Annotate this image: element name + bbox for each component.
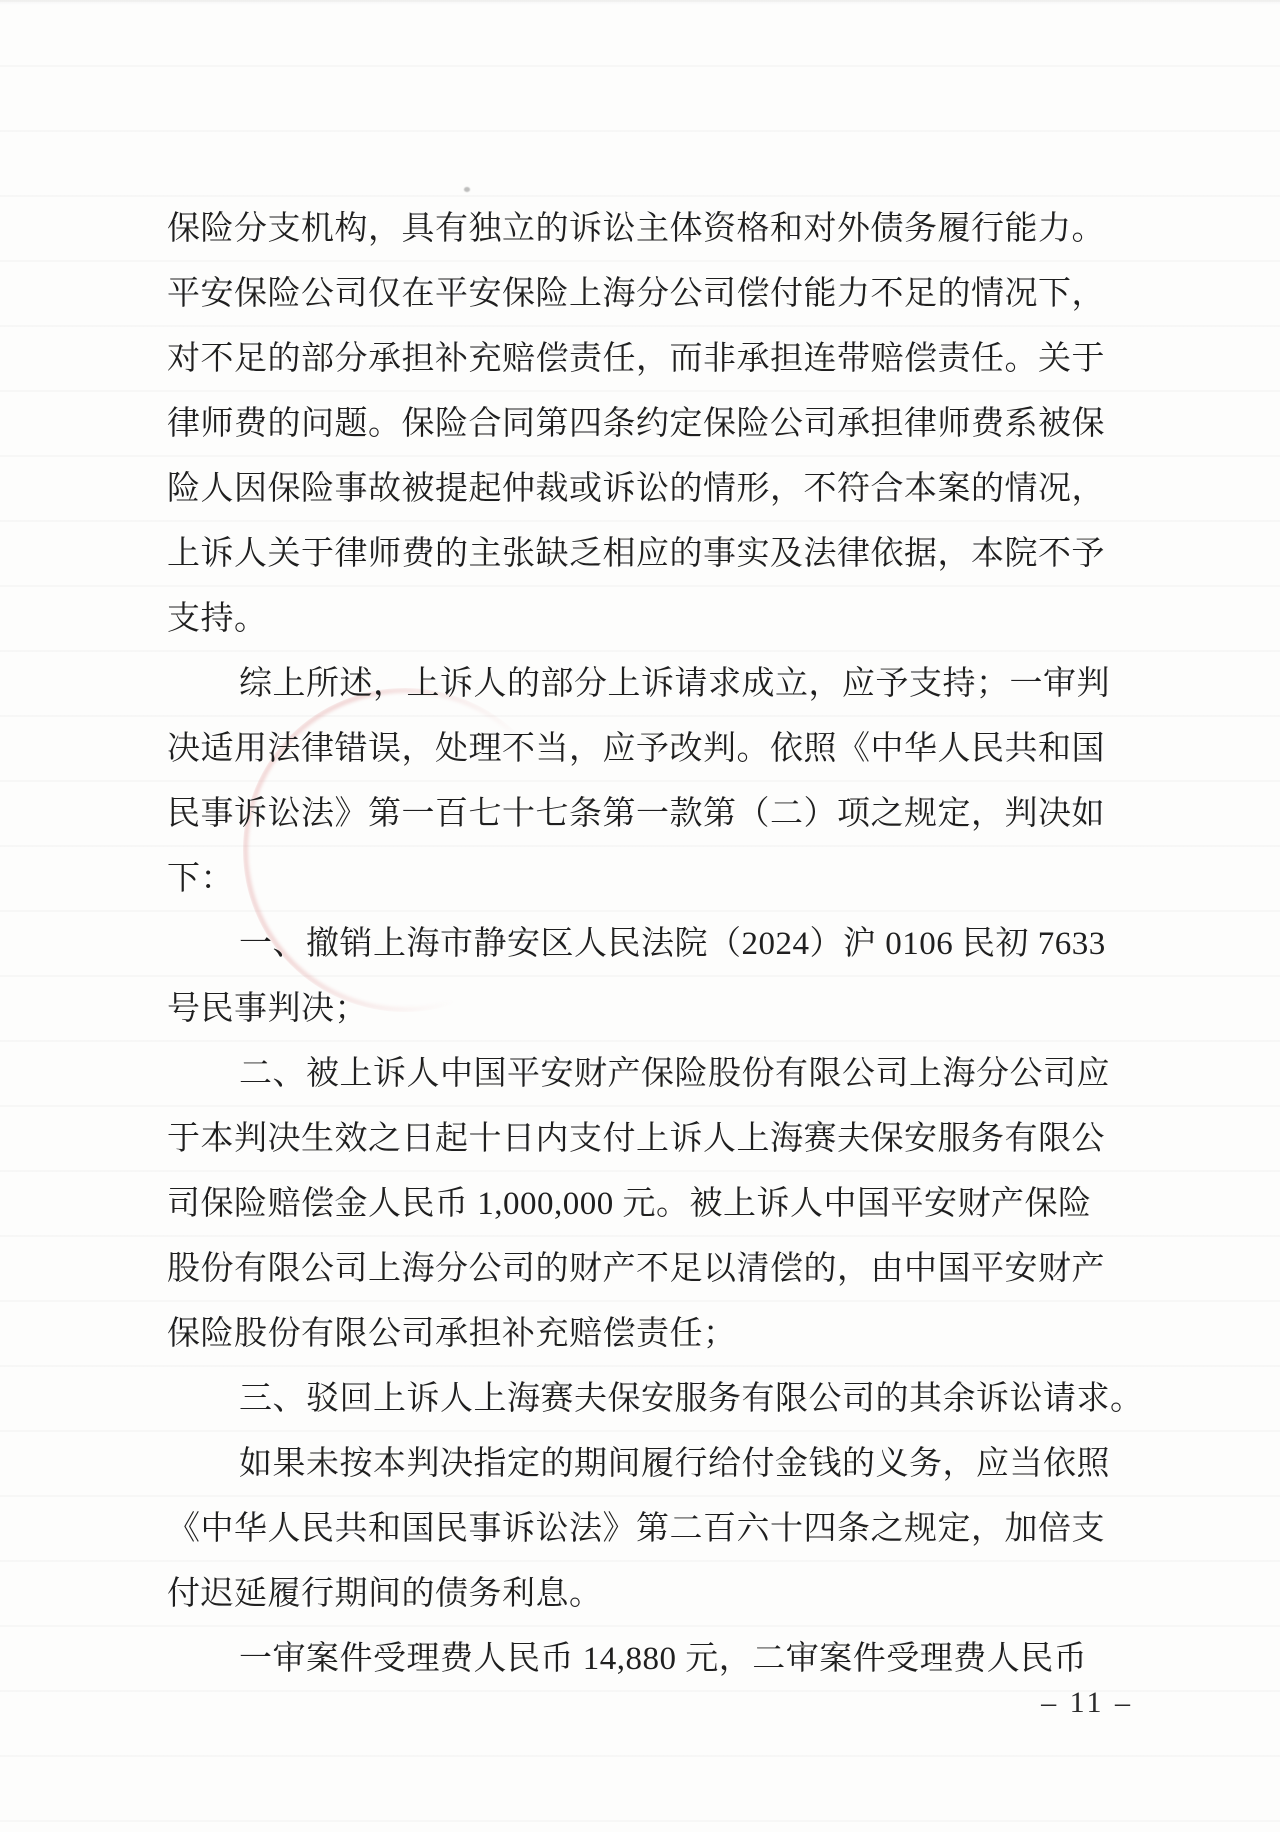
text-line: 保险分支机构，具有独立的诉讼主体资格和对外债务履行能力。: [167, 197, 1107, 262]
text-line: 二、被上诉人中国平安财产保险股份有限公司上海分公司应: [167, 1042, 1107, 1107]
text-line: 三、驳回上诉人上海赛夫保安服务有限公司的其余诉讼请求。: [167, 1367, 1107, 1432]
text-line: 司保险赔偿金人民币 1,000,000 元。被上诉人中国平安财产保险: [167, 1172, 1107, 1237]
text-line: 上诉人关于律师费的主张缺乏相应的事实及法律依据，本院不予: [167, 522, 1107, 587]
text-line: 综上所述，上诉人的部分上诉请求成立，应予支持；一审判: [167, 652, 1107, 717]
text-line: 决适用法律错误，处理不当，应予改判。依照《中华人民共和国: [167, 717, 1107, 782]
page-number: – 11 –: [1041, 1686, 1133, 1720]
text-line: 支持。: [167, 587, 1107, 652]
text-line: 一、撤销上海市静安区人民法院（2024）沪 0106 民初 7633: [167, 912, 1107, 977]
text-line: 险人因保险事故被提起仲裁或诉讼的情形，不符合本案的情况，: [167, 457, 1107, 522]
text-line: 律师费的问题。保险合同第四条约定保险公司承担律师费系被保: [167, 392, 1107, 457]
text-line: 下：: [167, 847, 1107, 912]
text-line: 股份有限公司上海分公司的财产不足以清偿的，由中国平安财产: [167, 1237, 1107, 1302]
scanned-judgment-page: 保险分支机构，具有独立的诉讼主体资格和对外债务履行能力。平安保险公司仅在平安保险…: [0, 0, 1280, 1832]
text-line: 号民事判决；: [167, 977, 1107, 1042]
text-line: 平安保险公司仅在平安保险上海分公司偿付能力不足的情况下，: [167, 262, 1107, 327]
text-line: 保险股份有限公司承担补充赔偿责任；: [167, 1302, 1107, 1367]
text-line: 付迟延履行期间的债务利息。: [167, 1562, 1107, 1627]
text-line: 一审案件受理费人民币 14,880 元，二审案件受理费人民币: [167, 1627, 1107, 1692]
text-line: 于本判决生效之日起十日内支付上诉人上海赛夫保安服务有限公: [167, 1107, 1107, 1172]
text-line: 民事诉讼法》第一百七十七条第一款第（二）项之规定，判决如: [167, 782, 1107, 847]
judgment-text-body: 保险分支机构，具有独立的诉讼主体资格和对外债务履行能力。平安保险公司仅在平安保险…: [167, 197, 1107, 1692]
text-line: 对不足的部分承担补充赔偿责任，而非承担连带赔偿责任。关于: [167, 327, 1107, 392]
scan-speck: [464, 187, 470, 192]
text-line: 《中华人民共和国民事诉讼法》第二百六十四条之规定，加倍支: [167, 1497, 1107, 1562]
text-line: 如果未按本判决指定的期间履行给付金钱的义务，应当依照: [167, 1432, 1107, 1497]
